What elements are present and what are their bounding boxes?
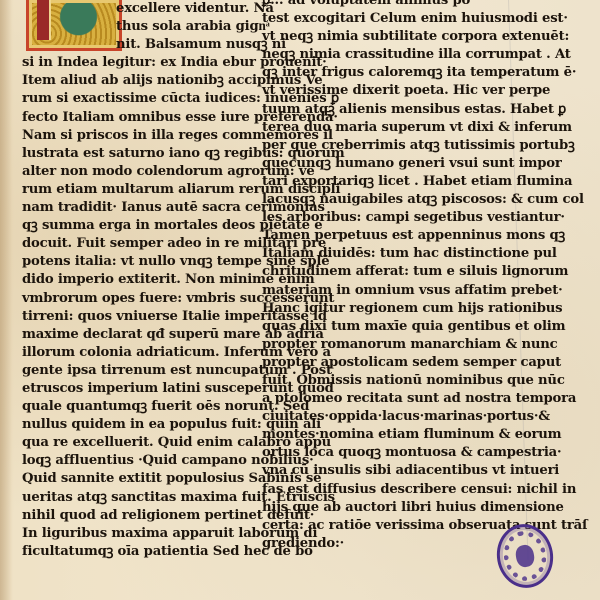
text-line: terea duo maria superum vt dixi & inferu… bbox=[262, 119, 587, 137]
text-line: materiam in omnium vsus affatim prebet· bbox=[262, 282, 587, 300]
text-line: Tamen perpetuus est appenninus mons qꝫ bbox=[262, 227, 587, 245]
text-line: vna cū insulis sibi adiacentibus vt intu… bbox=[262, 462, 587, 480]
text-line: propter romanorum manarchiam & nunc bbox=[262, 336, 587, 354]
text-line: vt neqꝫ nimia subtilitate corpora extenu… bbox=[262, 28, 587, 46]
text-line: neqꝫ nimia crassitudine illa corrumpat .… bbox=[262, 46, 587, 64]
text-line: a ptolomeo recitata sunt ad nostra tempo… bbox=[262, 390, 587, 408]
text-line: lacusqꝫ nauigabiles atqꝫ piscosos: & cum… bbox=[262, 191, 587, 209]
text-line: fas est diffusius describere censui: nic… bbox=[262, 481, 587, 499]
text-line: vt verissime dixerit poeta. Hic ver perp… bbox=[262, 82, 587, 100]
text-line: montes·nomina etiam fluminum & eorum bbox=[262, 426, 587, 444]
text-line: test excogitari Celum enim huiusmodi est… bbox=[262, 10, 587, 28]
page-edge-shadow bbox=[0, 0, 12, 600]
text-line: ortus loca quoqꝫ montuosa & campestria· bbox=[262, 444, 587, 462]
text-line: per que creberrimis atqꝫ tutissimis port… bbox=[262, 137, 587, 155]
text-line: ciuitates·oppida·lacus·marinas·portus·& bbox=[262, 408, 587, 426]
text-line: quecunqꝫ humano generi vsui sunt impor bbox=[262, 155, 587, 173]
text-line: qꝫ inter frigus caloremqꝫ ita temperatum… bbox=[262, 64, 587, 82]
text-line: quas dixi tum maxīe quia gentibus et oli… bbox=[262, 318, 587, 336]
text-line: hijs que ab auctori libri huius dimensio… bbox=[262, 499, 587, 517]
text-line: tari exportariqꝫ licet . Habet etiam flu… bbox=[262, 173, 587, 191]
right-text-column: ꝑ... ad voluptatem animus po test excogi… bbox=[262, 0, 587, 553]
text-line: ꝑ... ad voluptatem animus po bbox=[262, 0, 587, 10]
text-line: fuit. Obmissis nationū nominibus que nūc bbox=[262, 372, 587, 390]
text-line: tuum atqꝫ alienis mensibus estas. Habet … bbox=[262, 101, 587, 119]
text-line: propter apostolicam sedem semper caput bbox=[262, 354, 587, 372]
text-line: Hanc igitur regionem cum hijs rationibus bbox=[262, 300, 587, 318]
text-line: Italiam diuidēs: tum hac distinctione pu… bbox=[262, 245, 587, 263]
text-line: les arboribus: campi segetibus vestiantu… bbox=[262, 209, 587, 227]
text-line: chritudinem afferat: tum e siluis lignor… bbox=[262, 263, 587, 281]
